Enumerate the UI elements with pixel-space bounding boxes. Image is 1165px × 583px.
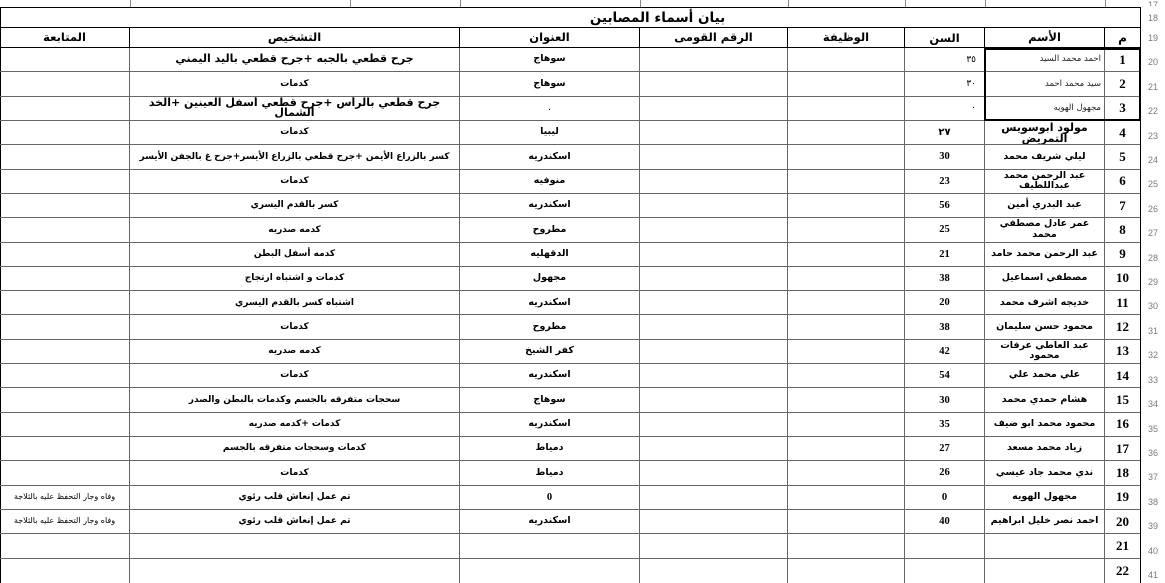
cell-job[interactable] [787, 413, 904, 437]
cell-diagnosis[interactable]: تم عمل إنعاش قلب رئوي [129, 486, 459, 510]
cell-name[interactable]: زياد محمد مسعد [984, 437, 1104, 461]
table-row: 14علي محمد علي54اسكندريهكدمات [1, 364, 1140, 388]
cell-num[interactable]: 11 [1104, 291, 1140, 315]
excel-row-number[interactable]: 24 [1141, 144, 1165, 168]
cell-diagnosis[interactable] [129, 534, 459, 558]
table-row: 20احمد نصر خليل ابراهيم40اسكندريهتم عمل … [1, 510, 1140, 534]
cell-age[interactable]: 20 [904, 291, 984, 315]
cell-diagnosis[interactable]: كدمه صدريه [129, 340, 459, 364]
cell-followup[interactable] [0, 364, 129, 388]
cell-followup[interactable]: وفاه وجار التحفظ عليه بالثلاجة [0, 486, 129, 510]
cell-address[interactable]: . [459, 97, 639, 121]
cell-followup[interactable] [0, 121, 129, 145]
gridline-tick [905, 0, 906, 7]
cell-job[interactable] [787, 48, 904, 72]
cell-nid[interactable] [639, 243, 787, 267]
cell-name[interactable]: سيد محمد احمد [984, 72, 1104, 96]
cell-age[interactable]: 35 [904, 413, 984, 437]
cell-job[interactable] [787, 170, 904, 194]
cell-followup[interactable] [0, 145, 129, 169]
cell-address[interactable] [459, 534, 639, 558]
table-row: 1احمد محمد السيد٣٥سوهاججرح قطعي بالجبه +… [1, 48, 1140, 72]
excel-row-number[interactable]: 22 [1141, 95, 1165, 119]
gridline-tick [350, 0, 351, 7]
cell-address[interactable] [459, 559, 639, 583]
cell-diagnosis[interactable]: كسر بالزراع الأيمن +جرح قطعي بالزراع الأ… [129, 145, 459, 169]
table-row: 19مجهول الهويه00تم عمل إنعاش قلب رئويوفا… [1, 486, 1140, 510]
column-header-job[interactable]: الوظيفة [787, 28, 904, 47]
cell-followup[interactable] [0, 72, 129, 96]
table-row: 2سيد محمد احمد٣٠سوهاجكدمات [1, 72, 1140, 96]
cell-diagnosis[interactable]: كدمات [129, 461, 459, 485]
table-row: 5ليلي شريف محمد30اسكندريهكسر بالزراع الأ… [1, 145, 1140, 169]
cell-name[interactable]: علي محمد علي [984, 364, 1104, 388]
cell-num[interactable]: 3 [1104, 97, 1140, 121]
table-title: بيان أسماء المصابين [590, 10, 725, 26]
cell-address[interactable]: اسكندريه [459, 510, 639, 534]
cell-address[interactable]: الدقهليه [459, 243, 639, 267]
cell-diagnosis[interactable]: اشتباه كسر بالقدم اليسري [129, 291, 459, 315]
cell-address[interactable]: دمياط [459, 437, 639, 461]
cell-age[interactable] [904, 534, 984, 558]
cell-followup[interactable] [0, 534, 129, 558]
excel-row-number[interactable]: 21 [1141, 70, 1165, 94]
cell-num[interactable]: 17 [1104, 437, 1140, 461]
table-row: 3مجهول الهويه٠.جرح قطعي بالرأس +جرح قطعي… [1, 97, 1140, 121]
cell-followup[interactable] [0, 291, 129, 315]
cell-num[interactable]: 6 [1104, 170, 1140, 194]
cell-num[interactable]: 2 [1104, 72, 1140, 96]
table-title-cell[interactable]: بيان أسماء المصابين [1, 8, 1140, 28]
cell-diagnosis[interactable]: كدمه صدريه [129, 218, 459, 242]
cell-address[interactable]: سوهاج [459, 72, 639, 96]
cell-name[interactable]: عبد الرحمن محمد حامد [984, 243, 1104, 267]
cell-followup[interactable]: وفاه وجار التحفظ عليه بالثلاجة [0, 510, 129, 534]
cell-followup[interactable] [0, 170, 129, 194]
excel-row-number[interactable]: 20 [1141, 46, 1165, 70]
table-row: 4مولود ابوسويس التمريض٢٧ليبياكدمات [1, 121, 1140, 145]
cell-nid[interactable] [639, 218, 787, 242]
column-header-age[interactable]: السن [904, 28, 984, 47]
cell-name[interactable]: احمد محمد السيد [984, 48, 1104, 72]
cell-address[interactable]: ليبيا [459, 121, 639, 145]
cell-job[interactable] [787, 461, 904, 485]
column-header-name[interactable]: الأسم [984, 28, 1104, 47]
table-rows: 1احمد محمد السيد٣٥سوهاججرح قطعي بالجبه +… [1, 48, 1140, 583]
excel-row-number[interactable]: 35 [1141, 412, 1165, 436]
cell-followup[interactable] [0, 194, 129, 218]
cell-name[interactable]: ليلي شريف محمد [984, 145, 1104, 169]
excel-row-number[interactable]: 36 [1141, 437, 1165, 461]
cell-job[interactable] [787, 388, 904, 412]
table-row: 13عبد العاطي عرفات محمود42كفر الشيخكدمه … [1, 340, 1140, 364]
cell-num[interactable]: 18 [1104, 461, 1140, 485]
cell-job[interactable] [787, 315, 904, 339]
cell-age[interactable]: 42 [904, 340, 984, 364]
cell-num[interactable]: 5 [1104, 145, 1140, 169]
excel-row-number[interactable]: 33 [1141, 363, 1165, 387]
cell-job[interactable] [787, 97, 904, 121]
cell-age[interactable]: 40 [904, 510, 984, 534]
cell-age[interactable]: 0 [904, 486, 984, 510]
cell-diagnosis[interactable] [129, 559, 459, 583]
cell-nid[interactable] [639, 461, 787, 485]
cell-nid[interactable] [639, 145, 787, 169]
cell-age[interactable]: 56 [904, 194, 984, 218]
cell-address[interactable]: منوفيه [459, 170, 639, 194]
column-header-address[interactable]: العنوان [459, 28, 639, 47]
cell-nid[interactable] [639, 340, 787, 364]
cell-diagnosis[interactable]: كدمات [129, 72, 459, 96]
cell-job[interactable] [787, 486, 904, 510]
cell-diagnosis[interactable]: كسر بالقدم اليسري [129, 194, 459, 218]
cell-address[interactable]: اسكندريه [459, 291, 639, 315]
cell-name[interactable]: محمود محمد ابو ضيف [984, 413, 1104, 437]
cell-address[interactable]: اسكندريه [459, 145, 639, 169]
cell-num[interactable]: 20 [1104, 510, 1140, 534]
excel-row-numbers: 1718192021222324252627282930313233343536… [1141, 0, 1165, 583]
excel-row-number[interactable]: 19 [1141, 26, 1165, 46]
cell-diagnosis[interactable]: جرح قطعي بالرأس +جرح قطعي أسفل العينين +… [129, 97, 459, 121]
cell-num[interactable]: 10 [1104, 267, 1140, 291]
gridline-tick [985, 0, 986, 7]
column-header-num[interactable]: م [1104, 28, 1140, 47]
cell-age[interactable]: 38 [904, 315, 984, 339]
cell-nid[interactable] [639, 486, 787, 510]
cell-diagnosis[interactable]: كدمات [129, 170, 459, 194]
cell-diagnosis[interactable]: تم عمل إنعاش قلب رئوي [129, 510, 459, 534]
cell-name[interactable]: عمر عادل مصطفي محمد [984, 218, 1104, 242]
cell-name[interactable]: محمود حسن سليمان [984, 315, 1104, 339]
cell-job[interactable] [787, 194, 904, 218]
gridline-tick [788, 0, 789, 7]
excel-row-number[interactable]: 27 [1141, 217, 1165, 241]
cell-num[interactable]: 22 [1104, 559, 1140, 583]
cell-diagnosis[interactable]: كدمات و اشتباه ارتجاج [129, 267, 459, 291]
cell-job[interactable] [787, 291, 904, 315]
cell-age[interactable]: 23 [904, 170, 984, 194]
cell-num[interactable]: 8 [1104, 218, 1140, 242]
cell-diagnosis[interactable]: جرح قطعي بالجبه +جرح قطعي باليد اليمني [129, 48, 459, 72]
cell-nid[interactable] [639, 72, 787, 96]
cell-job[interactable] [787, 340, 904, 364]
cell-age[interactable] [904, 559, 984, 583]
cell-num[interactable]: 15 [1104, 388, 1140, 412]
cell-age[interactable]: ٠ [904, 97, 984, 121]
cell-name[interactable]: عبد البدري أمين [984, 194, 1104, 218]
cell-age[interactable]: 21 [904, 243, 984, 267]
cell-nid[interactable] [639, 170, 787, 194]
cell-age[interactable]: 27 [904, 437, 984, 461]
table-row: 17زياد محمد مسعد27دمياطكدمات وسحجات متفر… [1, 437, 1140, 461]
cell-age[interactable]: 54 [904, 364, 984, 388]
cell-name[interactable]: خديجه اشرف محمد [984, 291, 1104, 315]
cell-job[interactable] [787, 364, 904, 388]
table-row: 6عبد الرحمن محمد عبداللطيف23منوفيهكدمات [1, 170, 1140, 194]
cell-followup[interactable] [0, 267, 129, 291]
gridline-tick [640, 0, 641, 7]
cell-job[interactable] [787, 534, 904, 558]
excel-row-number[interactable]: 40 [1141, 534, 1165, 558]
gridline-tick [130, 0, 131, 7]
cell-diagnosis[interactable]: كدمات وسحجات متفرقه بالجسم [129, 437, 459, 461]
cell-job[interactable] [787, 510, 904, 534]
column-header-national-id[interactable]: الرقم القومى [639, 28, 787, 47]
table-row: 8عمر عادل مصطفي محمد25مطروحكدمه صدريه [1, 218, 1140, 242]
cell-name[interactable]: عبد العاطي عرفات محمود [984, 340, 1104, 364]
excel-row-number[interactable]: 39 [1141, 510, 1165, 534]
gridline-tick [1105, 0, 1106, 7]
cell-name[interactable]: عبد الرحمن محمد عبداللطيف [984, 170, 1104, 194]
cell-age[interactable]: 30 [904, 145, 984, 169]
cell-followup[interactable] [0, 218, 129, 242]
cell-followup[interactable] [0, 437, 129, 461]
cell-nid[interactable] [639, 315, 787, 339]
excel-row-number[interactable]: 37 [1141, 461, 1165, 485]
cell-nid[interactable] [639, 48, 787, 72]
cell-nid[interactable] [639, 121, 787, 145]
cell-age[interactable]: ٢٧ [904, 121, 984, 145]
cell-nid[interactable] [639, 559, 787, 583]
table-row: 16محمود محمد ابو ضيف35اسكندريهكدمات +كدم… [1, 413, 1140, 437]
table-row: 9عبد الرحمن محمد حامد21الدقهليهكدمه أسفل… [1, 243, 1140, 267]
cell-followup[interactable] [0, 461, 129, 485]
cell-nid[interactable] [639, 267, 787, 291]
cell-job[interactable] [787, 243, 904, 267]
excel-row-number[interactable]: 28 [1141, 241, 1165, 265]
cell-nid[interactable] [639, 534, 787, 558]
excel-row-number[interactable]: 31 [1141, 314, 1165, 338]
cell-num[interactable]: 16 [1104, 413, 1140, 437]
partial-row-above [0, 0, 1141, 8]
excel-row-number[interactable]: 26 [1141, 192, 1165, 216]
excel-row-number[interactable]: 29 [1141, 266, 1165, 290]
cell-name[interactable]: مجهول الهويه [984, 97, 1104, 121]
cell-age[interactable]: 25 [904, 218, 984, 242]
cell-nid[interactable] [639, 97, 787, 121]
cell-age[interactable]: 30 [904, 388, 984, 412]
cell-num[interactable]: 4 [1104, 121, 1140, 145]
cell-address[interactable]: سوهاج [459, 48, 639, 72]
cell-name[interactable]: مجهول الهويه [984, 486, 1104, 510]
cell-address[interactable]: كفر الشيخ [459, 340, 639, 364]
excel-row-number[interactable]: 38 [1141, 485, 1165, 509]
excel-row-number[interactable]: 41 [1141, 559, 1165, 583]
cell-num[interactable]: 1 [1104, 48, 1140, 72]
cell-address[interactable]: اسكندريه [459, 413, 639, 437]
cell-num[interactable]: 14 [1104, 364, 1140, 388]
excel-row-number[interactable]: 34 [1141, 388, 1165, 412]
cell-name[interactable] [984, 559, 1104, 583]
cell-diagnosis[interactable]: كدمات +كدمه صدريه [129, 413, 459, 437]
cell-address[interactable]: مطروح [459, 218, 639, 242]
cell-followup[interactable] [0, 315, 129, 339]
cell-address[interactable]: سوهاج [459, 388, 639, 412]
cell-job[interactable] [787, 559, 904, 583]
table-row: 7عبد البدري أمين56اسكندريهكسر بالقدم الي… [1, 194, 1140, 218]
cell-followup[interactable] [0, 559, 129, 583]
table-row: 21 [1, 534, 1140, 558]
cell-num[interactable]: 9 [1104, 243, 1140, 267]
excel-row-number[interactable]: 18 [1141, 6, 1165, 26]
cell-nid[interactable] [639, 510, 787, 534]
table-row: 10مصطفي اسماعيل38مجهولكدمات و اشتباه ارت… [1, 267, 1140, 291]
cell-name[interactable]: هشام حمدي محمد [984, 388, 1104, 412]
cell-age[interactable]: ٣٠ [904, 72, 984, 96]
table-row: 22 [1, 559, 1140, 583]
cell-nid[interactable] [639, 291, 787, 315]
cell-followup[interactable] [0, 413, 129, 437]
cell-followup[interactable] [0, 388, 129, 412]
injured-table: بيان أسماء المصابين م الأسم السن الوظيفة… [0, 0, 1141, 583]
table-row: 12محمود حسن سليمان38مطروحكدمات [1, 315, 1140, 339]
excel-row-number[interactable]: 32 [1141, 339, 1165, 363]
cell-diagnosis[interactable]: كدمه أسفل البطن [129, 243, 459, 267]
column-header-followup[interactable]: المتابعة [0, 28, 129, 47]
table-row: 11خديجه اشرف محمد20اسكندريهاشتباه كسر با… [1, 291, 1140, 315]
cell-address[interactable]: مطروح [459, 315, 639, 339]
cell-followup[interactable] [0, 243, 129, 267]
cell-job[interactable] [787, 437, 904, 461]
cell-job[interactable] [787, 218, 904, 242]
cell-num[interactable]: 21 [1104, 534, 1140, 558]
cell-num[interactable]: 12 [1104, 315, 1140, 339]
cell-job[interactable] [787, 145, 904, 169]
cell-name[interactable]: احمد نصر خليل ابراهيم [984, 510, 1104, 534]
cell-num[interactable]: 7 [1104, 194, 1140, 218]
excel-row-number[interactable]: 25 [1141, 168, 1165, 192]
cell-address[interactable]: اسكندريه [459, 194, 639, 218]
cell-diagnosis[interactable]: سحجات متفرقه بالجسم وكدمات بالبطن والصدر [129, 388, 459, 412]
cell-address[interactable]: 0 [459, 486, 639, 510]
cell-name[interactable]: ندي محمد جاد عيسي [984, 461, 1104, 485]
cell-address[interactable]: اسكندريه [459, 364, 639, 388]
cell-diagnosis[interactable]: كدمات [129, 121, 459, 145]
cell-name[interactable] [984, 534, 1104, 558]
table-row: 15هشام حمدي محمد30سوهاجسحجات متفرقه بالج… [1, 388, 1140, 412]
cell-job[interactable] [787, 121, 904, 145]
cell-nid[interactable] [639, 194, 787, 218]
cell-age[interactable]: 26 [904, 461, 984, 485]
spreadsheet: 1718192021222324252627282930313233343536… [0, 0, 1165, 583]
table-row: 18ندي محمد جاد عيسي26دمياطكدمات [1, 461, 1140, 485]
cell-age[interactable]: 38 [904, 267, 984, 291]
cell-nid[interactable] [639, 364, 787, 388]
cell-followup[interactable] [0, 340, 129, 364]
cell-num[interactable]: 13 [1104, 340, 1140, 364]
cell-address[interactable]: مجهول [459, 267, 639, 291]
cell-name[interactable]: مولود ابوسويس التمريض [984, 121, 1104, 145]
cell-diagnosis[interactable]: كدمات [129, 315, 459, 339]
column-header-diagnosis[interactable]: التشخيص [129, 28, 459, 47]
cell-job[interactable] [787, 267, 904, 291]
excel-row-number[interactable]: 30 [1141, 290, 1165, 314]
header-row: م الأسم السن الوظيفة الرقم القومى العنوا… [1, 28, 1140, 48]
cell-nid[interactable] [639, 388, 787, 412]
gridline-tick [460, 0, 461, 7]
excel-row-number[interactable]: 23 [1141, 119, 1165, 143]
cell-diagnosis[interactable]: كدمات [129, 364, 459, 388]
cell-nid[interactable] [639, 437, 787, 461]
cell-followup[interactable] [0, 97, 129, 121]
cell-job[interactable] [787, 72, 904, 96]
cell-name[interactable]: مصطفي اسماعيل [984, 267, 1104, 291]
cell-followup[interactable] [0, 48, 129, 72]
cell-nid[interactable] [639, 413, 787, 437]
cell-age[interactable]: ٣٥ [904, 48, 984, 72]
cell-num[interactable]: 19 [1104, 486, 1140, 510]
cell-address[interactable]: دمياط [459, 461, 639, 485]
